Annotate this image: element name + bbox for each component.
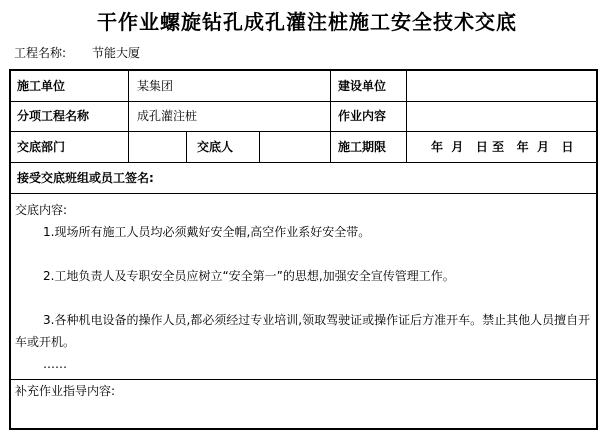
construction-unit-value: 某集团 bbox=[137, 79, 173, 93]
col-divider bbox=[128, 71, 129, 162]
disclosure-content: 交底内容: 1.现场所有施工人员均必须戴好安全帽,高空作业系好安全带。 2.工地… bbox=[15, 199, 593, 375]
subproject-label: 分项工程名称 bbox=[17, 109, 89, 123]
owner-unit-value[interactable] bbox=[413, 79, 591, 93]
presenter-label: 交底人 bbox=[197, 140, 233, 154]
project-name-label: 工程名称: bbox=[14, 46, 66, 60]
document-title: 干作业螺旋钻孔成孔灌注桩施工安全技术交底 bbox=[0, 6, 614, 35]
department-label: 交底部门 bbox=[17, 140, 65, 154]
row-divider bbox=[11, 379, 596, 380]
period-value: 年 月 日 至 年 月 日 bbox=[431, 140, 574, 154]
signature-label: 接受交底班组或员工签名: bbox=[17, 171, 154, 185]
content-heading: 交底内容: bbox=[15, 199, 593, 221]
row-divider bbox=[11, 131, 596, 132]
work-content-value[interactable] bbox=[413, 109, 591, 123]
department-value[interactable] bbox=[133, 140, 183, 154]
period-label: 施工期限 bbox=[338, 140, 386, 154]
row-divider bbox=[11, 193, 596, 194]
subproject-value: 成孔灌注桩 bbox=[137, 109, 197, 123]
disclosure-form-table: 施工单位 某集团 建设单位 分项工程名称 成孔灌注桩 作业内容 交底部门 交底人… bbox=[9, 69, 598, 430]
col-divider bbox=[259, 131, 260, 162]
owner-unit-label: 建设单位 bbox=[338, 79, 386, 93]
presenter-value[interactable] bbox=[264, 140, 326, 154]
content-ellipsis: …… bbox=[15, 353, 593, 375]
work-content-label: 作业内容 bbox=[338, 109, 386, 123]
col-divider bbox=[406, 71, 407, 162]
content-item-3: 3.各种机电设备的操作人员,都必须经过专业培训,领取驾驶证或操作证后方准开车。禁… bbox=[15, 309, 593, 353]
col-divider bbox=[186, 131, 187, 162]
content-item-2: 2.工地负责人及专职安全员应树立“安全第一”的思想,加强安全宣传管理工作。 bbox=[15, 265, 593, 287]
row-divider bbox=[11, 101, 596, 102]
content-item-1: 1.现场所有施工人员均必须戴好安全帽,高空作业系好安全带。 bbox=[15, 221, 593, 243]
project-name-line: 工程名称:节能大厦 bbox=[14, 44, 140, 61]
project-name-value: 节能大厦 bbox=[92, 46, 140, 60]
col-divider bbox=[330, 71, 331, 162]
construction-unit-label: 施工单位 bbox=[17, 79, 65, 93]
supplement-label: 补充作业指导内容: bbox=[15, 384, 115, 398]
row-divider bbox=[11, 162, 596, 163]
